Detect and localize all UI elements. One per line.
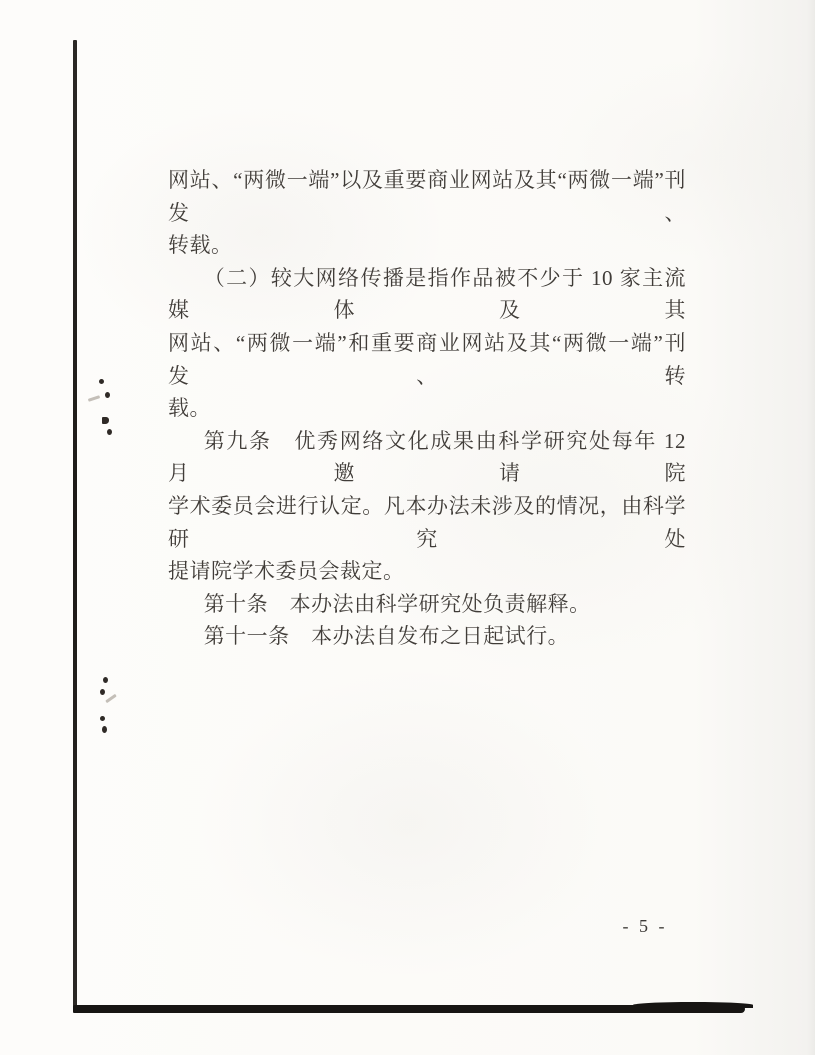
ink-speck <box>100 716 105 721</box>
document-text-block: 网站、“两微一端”以及重要商业网站及其“两微一端”刊发、 转载。 （二）较大网络… <box>168 164 686 653</box>
ink-speck <box>105 392 110 398</box>
ink-speck <box>107 429 112 435</box>
paragraph-line: 提请院学术委员会裁定。 <box>168 555 686 588</box>
ink-smudge <box>105 694 117 703</box>
scan-bottom-edge-band <box>73 1005 745 1013</box>
ink-smudge <box>88 395 100 402</box>
paragraph-line: （二）较大网络传播是指作品被不少于 10 家主流媒体及其 <box>168 262 686 327</box>
ink-speck <box>102 726 107 733</box>
ink-speck <box>103 677 108 683</box>
ink-speck <box>99 379 104 384</box>
paragraph-line: 网站、“两微一端”和重要商业网站及其“两微一端”刊发、转 <box>168 327 686 392</box>
paragraph-line: 网站、“两微一端”以及重要商业网站及其“两微一端”刊发、 <box>168 164 686 229</box>
paragraph-line: 转载。 <box>168 229 686 262</box>
ink-speck <box>102 417 109 424</box>
page-number: - 5 - <box>605 916 685 937</box>
paragraph-line: 第十一条 本办法自发布之日起试行。 <box>168 620 686 653</box>
scanned-document-page: 网站、“两微一端”以及重要商业网站及其“两微一端”刊发、 转载。 （二）较大网络… <box>0 0 815 1055</box>
ink-speck <box>100 689 105 695</box>
paragraph-line: 第九条 优秀网络文化成果由科学研究处每年 12 月邀请院 <box>168 425 686 490</box>
paragraph-line: 载。 <box>168 392 686 425</box>
paragraph-line: 第十条 本办法由科学研究处负责解释。 <box>168 588 686 621</box>
scan-left-edge-line <box>73 40 77 1013</box>
paragraph-line: 学术委员会进行认定。凡本办法未涉及的情况，由科学研究处 <box>168 490 686 555</box>
